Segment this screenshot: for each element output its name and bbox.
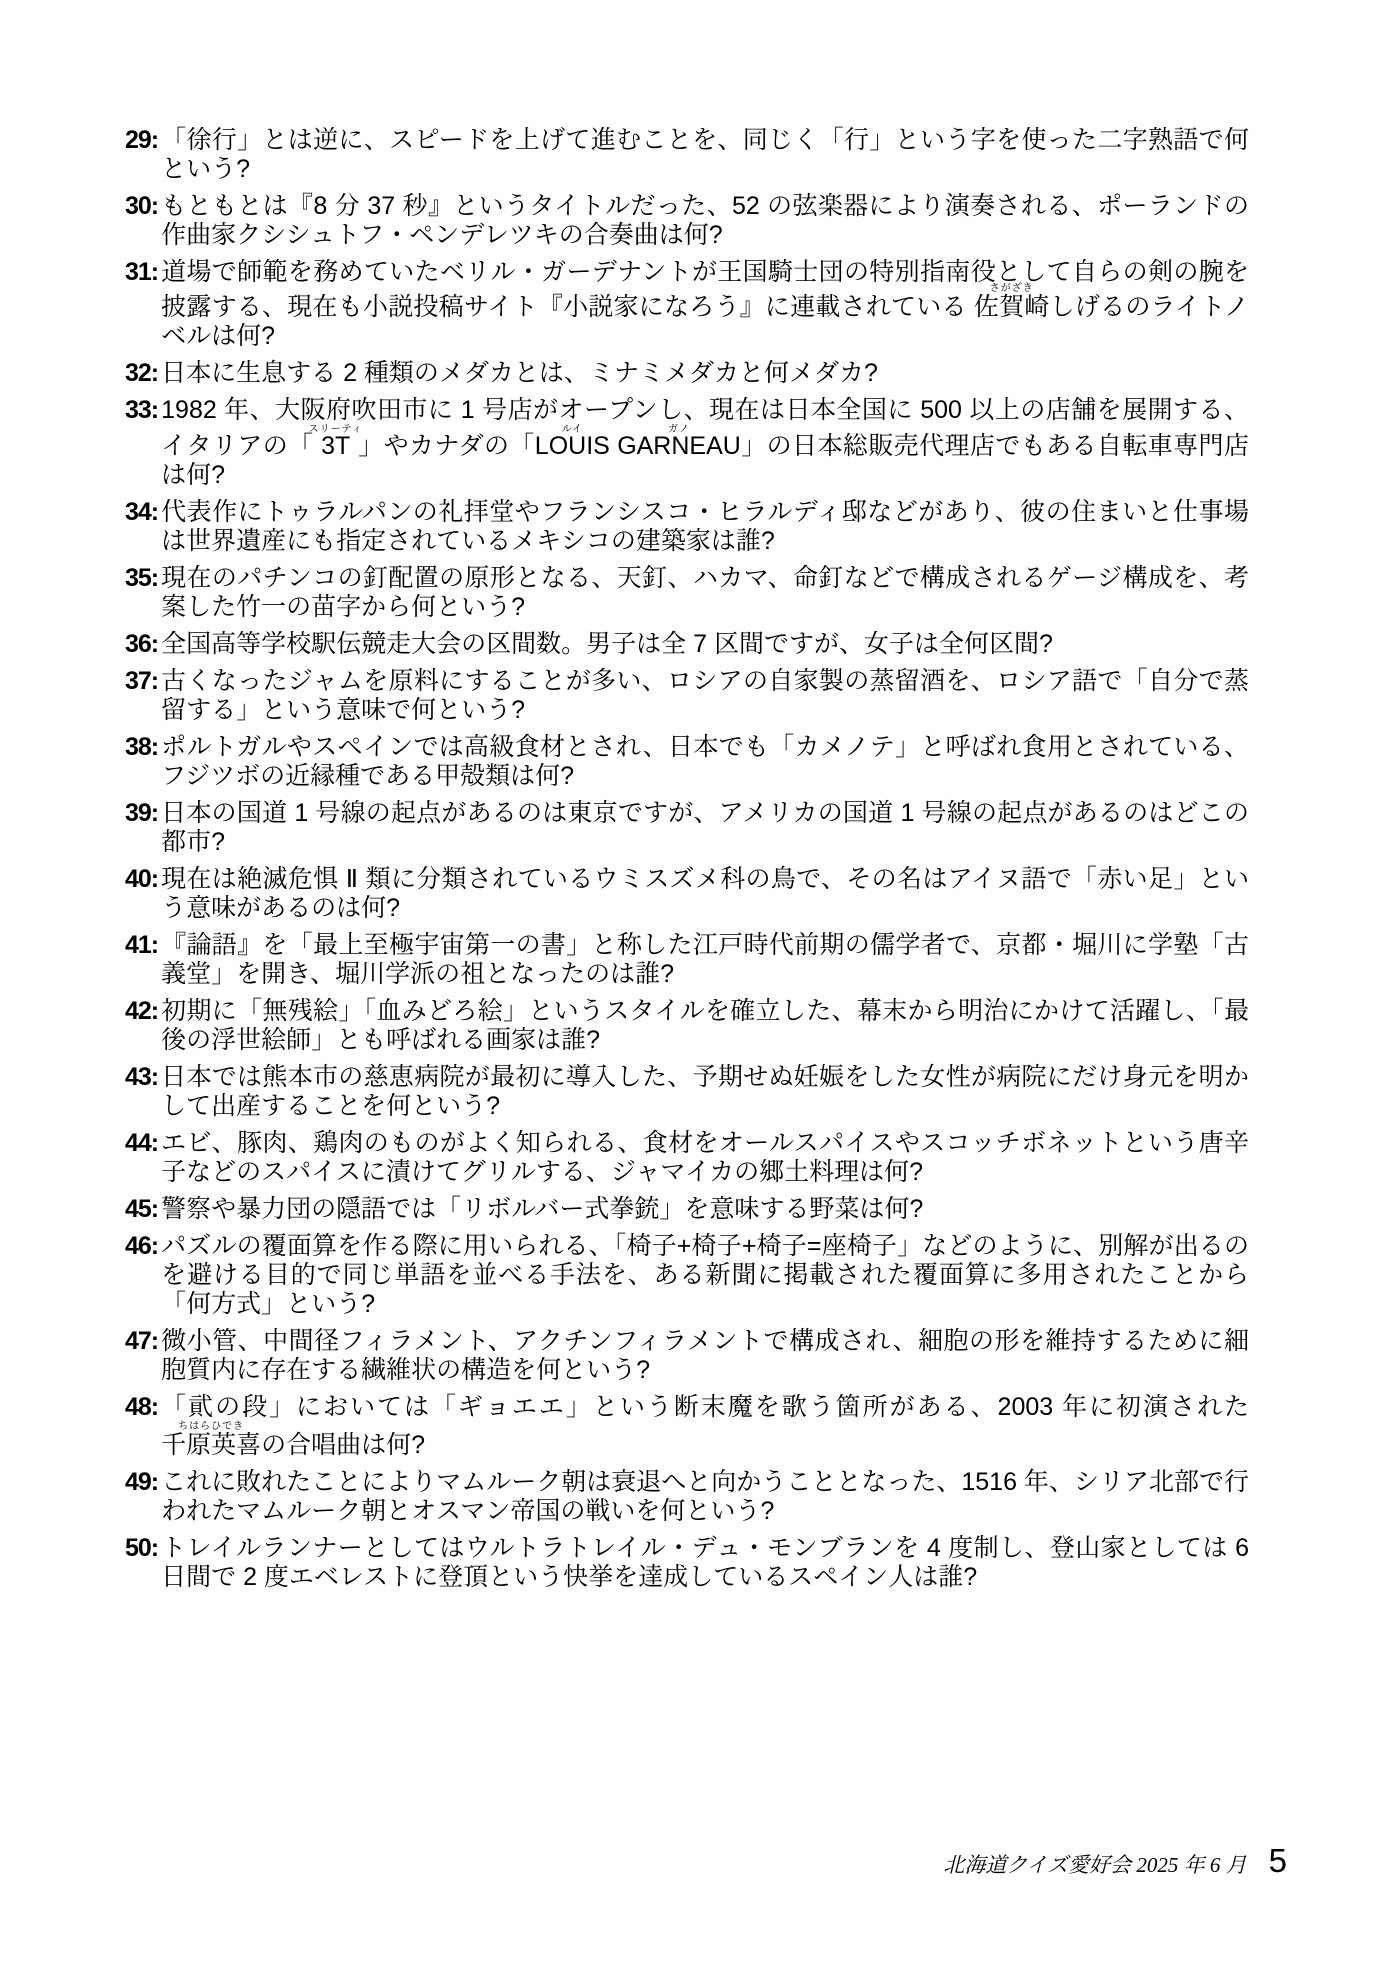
question-number: 34:: [125, 498, 158, 527]
question-list: 29:「徐行」とは逆に、スピードを上げて進むことを、同じく「行」という字を使った…: [125, 126, 1249, 1600]
question-item: 31:道場で師範を務めていたベリル・ガーデナントが王国騎士団の特別指南役として自…: [125, 258, 1249, 351]
question-item: 29:「徐行」とは逆に、スピードを上げて進むことを、同じく「行」という字を使った…: [125, 126, 1249, 184]
question-item: 32:日本に生息する 2 種類のメダカとは、ミナミメダカと何メダカ?: [125, 359, 1249, 388]
question-text: 現在のパチンコの釘配置の原形となる、天釘、ハカマ、命釘などで構成されるゲージ構成…: [161, 564, 1249, 622]
question-text: トレイルランナーとしてはウルトラトレイル・デュ・モンブランを 4 度制し、登山家…: [161, 1534, 1249, 1592]
question-text: 日本の国道 1 号線の起点があるのは東京ですが、アメリカの国道 1 号線の起点が…: [161, 799, 1249, 857]
question-text: ポルトガルやスペインでは高級食材とされ、日本でも「カメノテ」と呼ばれ食用とされて…: [161, 733, 1249, 791]
question-item: 38:ポルトガルやスペインでは高級食材とされ、日本でも「カメノテ」と呼ばれ食用と…: [125, 733, 1249, 791]
question-text: パズルの覆面算を作る際に用いられる、「椅子+椅子+椅子=座椅子」などのように、別…: [161, 1232, 1249, 1319]
question-number: 44:: [125, 1129, 158, 1158]
question-number: 43:: [125, 1063, 158, 1092]
question-item: 42:初期に「無残絵」「血みどろ絵」というスタイルを確立した、幕末から明治にかけ…: [125, 997, 1249, 1055]
question-number: 30:: [125, 192, 158, 221]
question-text: 微小管、中間径フィラメント、アクチンフィラメントで構成され、細胞の形を維持するた…: [161, 1327, 1249, 1385]
question-text: 警察や暴力団の隠語では「リボルバー式拳銃」を意味する野菜は何?: [161, 1195, 1249, 1224]
question-item: 39:日本の国道 1 号線の起点があるのは東京ですが、アメリカの国道 1 号線の…: [125, 799, 1249, 857]
question-number: 42:: [125, 997, 158, 1026]
question-item: 33:1982 年、大阪府吹田市に 1 号店がオープンし、現在は日本全国に 50…: [125, 396, 1249, 490]
question-text: これに敗れたことによりマムルーク朝は衰退へと向かうこととなった、1516 年、シ…: [161, 1468, 1249, 1526]
question-number: 50:: [125, 1534, 158, 1563]
question-text: 古くなったジャムを原料にすることが多い、ロシアの自家製の蒸留酒を、ロシア語で「自…: [161, 667, 1249, 725]
question-number: 36:: [125, 630, 158, 659]
question-number: 29:: [125, 126, 158, 155]
furigana-ruby: LOUISルイ: [535, 432, 610, 460]
furigana-ruby: 3Tスリーティ: [314, 432, 358, 460]
question-text: 全国高等学校駅伝競走大会の区間数。男子は全 7 区間ですが、女子は全何区間?: [161, 630, 1249, 659]
footer-credit: 北海道クイズ愛好会 2025 年 6 月: [943, 1849, 1246, 1879]
question-text: もともとは『8 分 37 秒』というタイトルだった、52 の弦楽器により演奏され…: [161, 192, 1249, 250]
question-item: 34:代表作にトゥラルパンの礼拝堂やフランシスコ・ヒラルディ邸などがあり、彼の住…: [125, 498, 1249, 556]
question-item: 44:エビ、豚肉、鶏肉のものがよく知られる、食材をオールスパイスやスコッチボネッ…: [125, 1129, 1249, 1187]
question-number: 47:: [125, 1327, 158, 1356]
question-item: 48:「貮の段」においては「ギョエエ」という断末魔を歌う箇所がある、2003 年…: [125, 1393, 1249, 1460]
question-text: 道場で師範を務めていたベリル・ガーデナントが王国騎士団の特別指南役として自らの剣…: [161, 258, 1249, 351]
furigana-ruby: 千原英喜ちはらひでき: [161, 1431, 261, 1459]
question-number: 46:: [125, 1232, 158, 1261]
question-number: 45:: [125, 1195, 158, 1224]
question-text: 現在は絶滅危惧 Ⅱ 類に分類されているウミスズメ科の鳥で、その名はアイヌ語で「赤…: [161, 865, 1249, 923]
question-number: 33:: [125, 396, 158, 425]
question-text: 「徐行」とは逆に、スピードを上げて進むことを、同じく「行」という字を使った二字熟…: [161, 126, 1249, 184]
question-number: 35:: [125, 564, 158, 593]
question-text: 日本では熊本市の慈恵病院が最初に導入した、予期せぬ妊娠をした女性が病院にだけ身元…: [161, 1063, 1249, 1121]
question-number: 41:: [125, 931, 158, 960]
question-item: 35:現在のパチンコの釘配置の原形となる、天釘、ハカマ、命釘などで構成されるゲー…: [125, 564, 1249, 622]
question-item: 47:微小管、中間径フィラメント、アクチンフィラメントで構成され、細胞の形を維持…: [125, 1327, 1249, 1385]
question-text: 日本に生息する 2 種類のメダカとは、ミナミメダカと何メダカ?: [161, 359, 1249, 388]
question-number: 48:: [125, 1393, 158, 1422]
question-number: 38:: [125, 733, 158, 762]
question-item: 40:現在は絶滅危惧 Ⅱ 類に分類されているウミスズメ科の鳥で、その名はアイヌ語…: [125, 865, 1249, 923]
question-item: 43:日本では熊本市の慈恵病院が最初に導入した、予期せぬ妊娠をした女性が病院にだ…: [125, 1063, 1249, 1121]
question-text: エビ、豚肉、鶏肉のものがよく知られる、食材をオールスパイスやスコッチボネットとい…: [161, 1129, 1249, 1187]
question-number: 32:: [125, 359, 158, 388]
question-item: 36:全国高等学校駅伝競走大会の区間数。男子は全 7 区間ですが、女子は全何区間…: [125, 630, 1249, 659]
question-text: 『論語』を「最上至極宇宙第一の書」と称した江戸時代前期の儒学者で、京都・堀川に学…: [161, 931, 1249, 989]
question-item: 41:『論語』を「最上至極宇宙第一の書」と称した江戸時代前期の儒学者で、京都・堀…: [125, 931, 1249, 989]
question-item: 30:もともとは『8 分 37 秒』というタイトルだった、52 の弦楽器により演…: [125, 192, 1249, 250]
question-text: 初期に「無残絵」「血みどろ絵」というスタイルを確立した、幕末から明治にかけて活躍…: [161, 997, 1249, 1055]
question-text: 代表作にトゥラルパンの礼拝堂やフランシスコ・ヒラルディ邸などがあり、彼の住まいと…: [161, 498, 1249, 556]
question-number: 40:: [125, 865, 158, 894]
question-item: 49:これに敗れたことによりマムルーク朝は衰退へと向かうこととなった、1516 …: [125, 1468, 1249, 1526]
question-text: 1982 年、大阪府吹田市に 1 号店がオープンし、現在は日本全国に 500 以…: [161, 396, 1249, 490]
question-number: 31:: [125, 258, 158, 287]
question-item: 50:トレイルランナーとしてはウルトラトレイル・デュ・モンブランを 4 度制し、…: [125, 1534, 1249, 1592]
page-footer: 北海道クイズ愛好会 2025 年 6 月 5: [943, 1842, 1287, 1880]
question-number: 37:: [125, 667, 158, 696]
question-item: 46:パズルの覆面算を作る際に用いられる、「椅子+椅子+椅子=座椅子」などのよう…: [125, 1232, 1249, 1319]
furigana-ruby: GARNEAUガノ: [617, 432, 741, 460]
question-item: 45:警察や暴力団の隠語では「リボルバー式拳銃」を意味する野菜は何?: [125, 1195, 1249, 1224]
quiz-page: 29:「徐行」とは逆に、スピードを上げて進むことを、同じく「行」という字を使った…: [0, 0, 1383, 1966]
question-text: 「貮の段」においては「ギョエエ」という断末魔を歌う箇所がある、2003 年に初演…: [161, 1393, 1249, 1460]
page-number: 5: [1269, 1842, 1287, 1880]
question-item: 37:古くなったジャムを原料にすることが多い、ロシアの自家製の蒸留酒を、ロシア語…: [125, 667, 1249, 725]
question-number: 39:: [125, 799, 158, 828]
furigana-ruby: 佐賀崎さがざき: [974, 293, 1050, 321]
question-number: 49:: [125, 1468, 158, 1497]
